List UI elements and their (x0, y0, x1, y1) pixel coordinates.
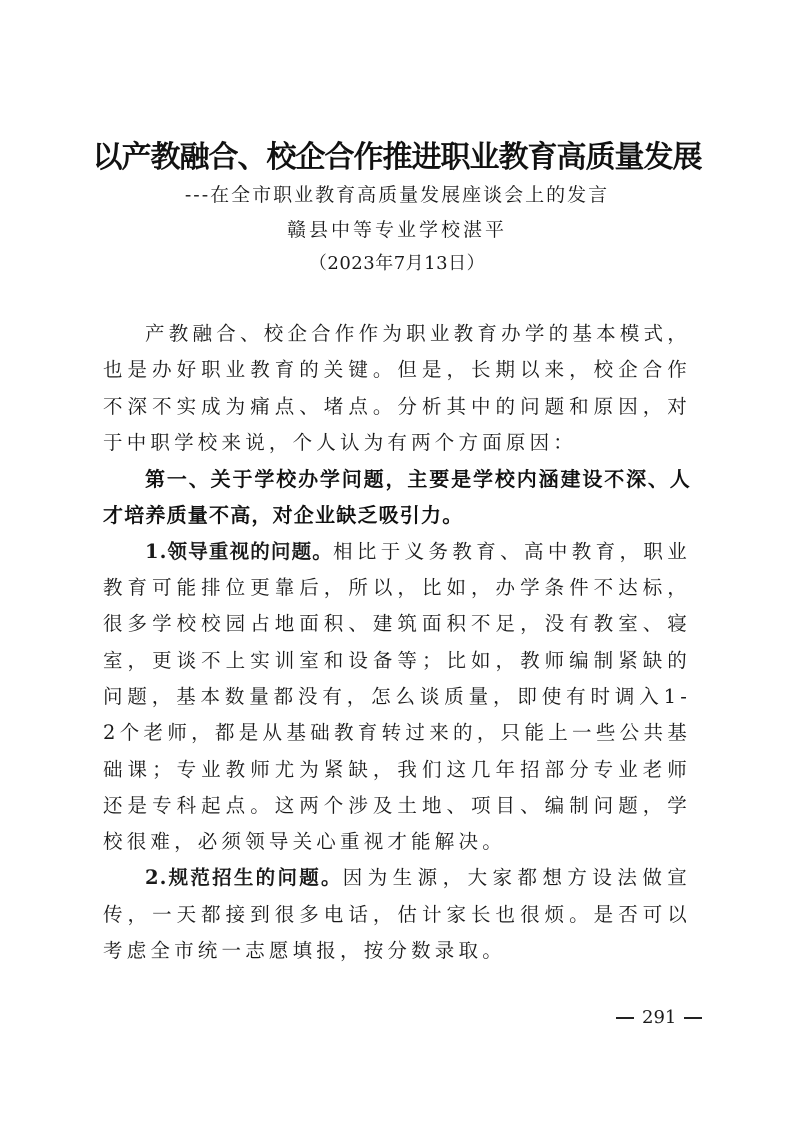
page-number: 291 (608, 1007, 710, 1028)
document-body: 产教融合、校企合作作为职业教育办学的基本模式，也是办好职业教育的关键。但是，长期… (103, 316, 691, 969)
document-author: 赣县中等专业学校湛平 (0, 215, 794, 242)
dash-left-icon (616, 1017, 634, 1019)
paragraph-text: 第一、关于学校办学问题，主要是学校内涵建设不深、人才培养质量不高，对企业缺乏吸引… (103, 467, 691, 527)
paragraph-text: 产教融合、校企合作作为职业教育办学的基本模式，也是办好职业教育的关键。但是，长期… (103, 322, 691, 454)
dash-right-icon (684, 1017, 702, 1019)
point-heading: 2.规范招生的问题。 (145, 866, 343, 889)
document-title: 以产教融合、校企合作推进职业教育高质量发展 (0, 132, 794, 176)
point-enrollment-paragraph: 2.规范招生的问题。因为生源，大家都想方设法做宣传，一天都接到很多电话，估计家长… (103, 860, 691, 969)
point-leadership-paragraph: 1.领导重视的问题。相比于义务教育、高中教育，职业教育可能排位更靠后，所以，比如… (103, 534, 691, 861)
document-date: （2023年7月13日） (0, 249, 794, 275)
section-heading-first: 第一、关于学校办学问题，主要是学校内涵建设不深、人才培养质量不高，对企业缺乏吸引… (103, 461, 691, 534)
point-heading: 1.领导重视的问题。 (145, 540, 333, 563)
paragraph-text: 相比于义务教育、高中教育，职业教育可能排位更靠后，所以，比如，办学条件不达标，很… (103, 540, 691, 853)
document-subtitle: ---在全市职业教育高质量发展座谈会上的发言 (0, 180, 794, 207)
page-number-text: 291 (642, 1007, 676, 1028)
intro-paragraph: 产教融合、校企合作作为职业教育办学的基本模式，也是办好职业教育的关键。但是，长期… (103, 316, 691, 461)
